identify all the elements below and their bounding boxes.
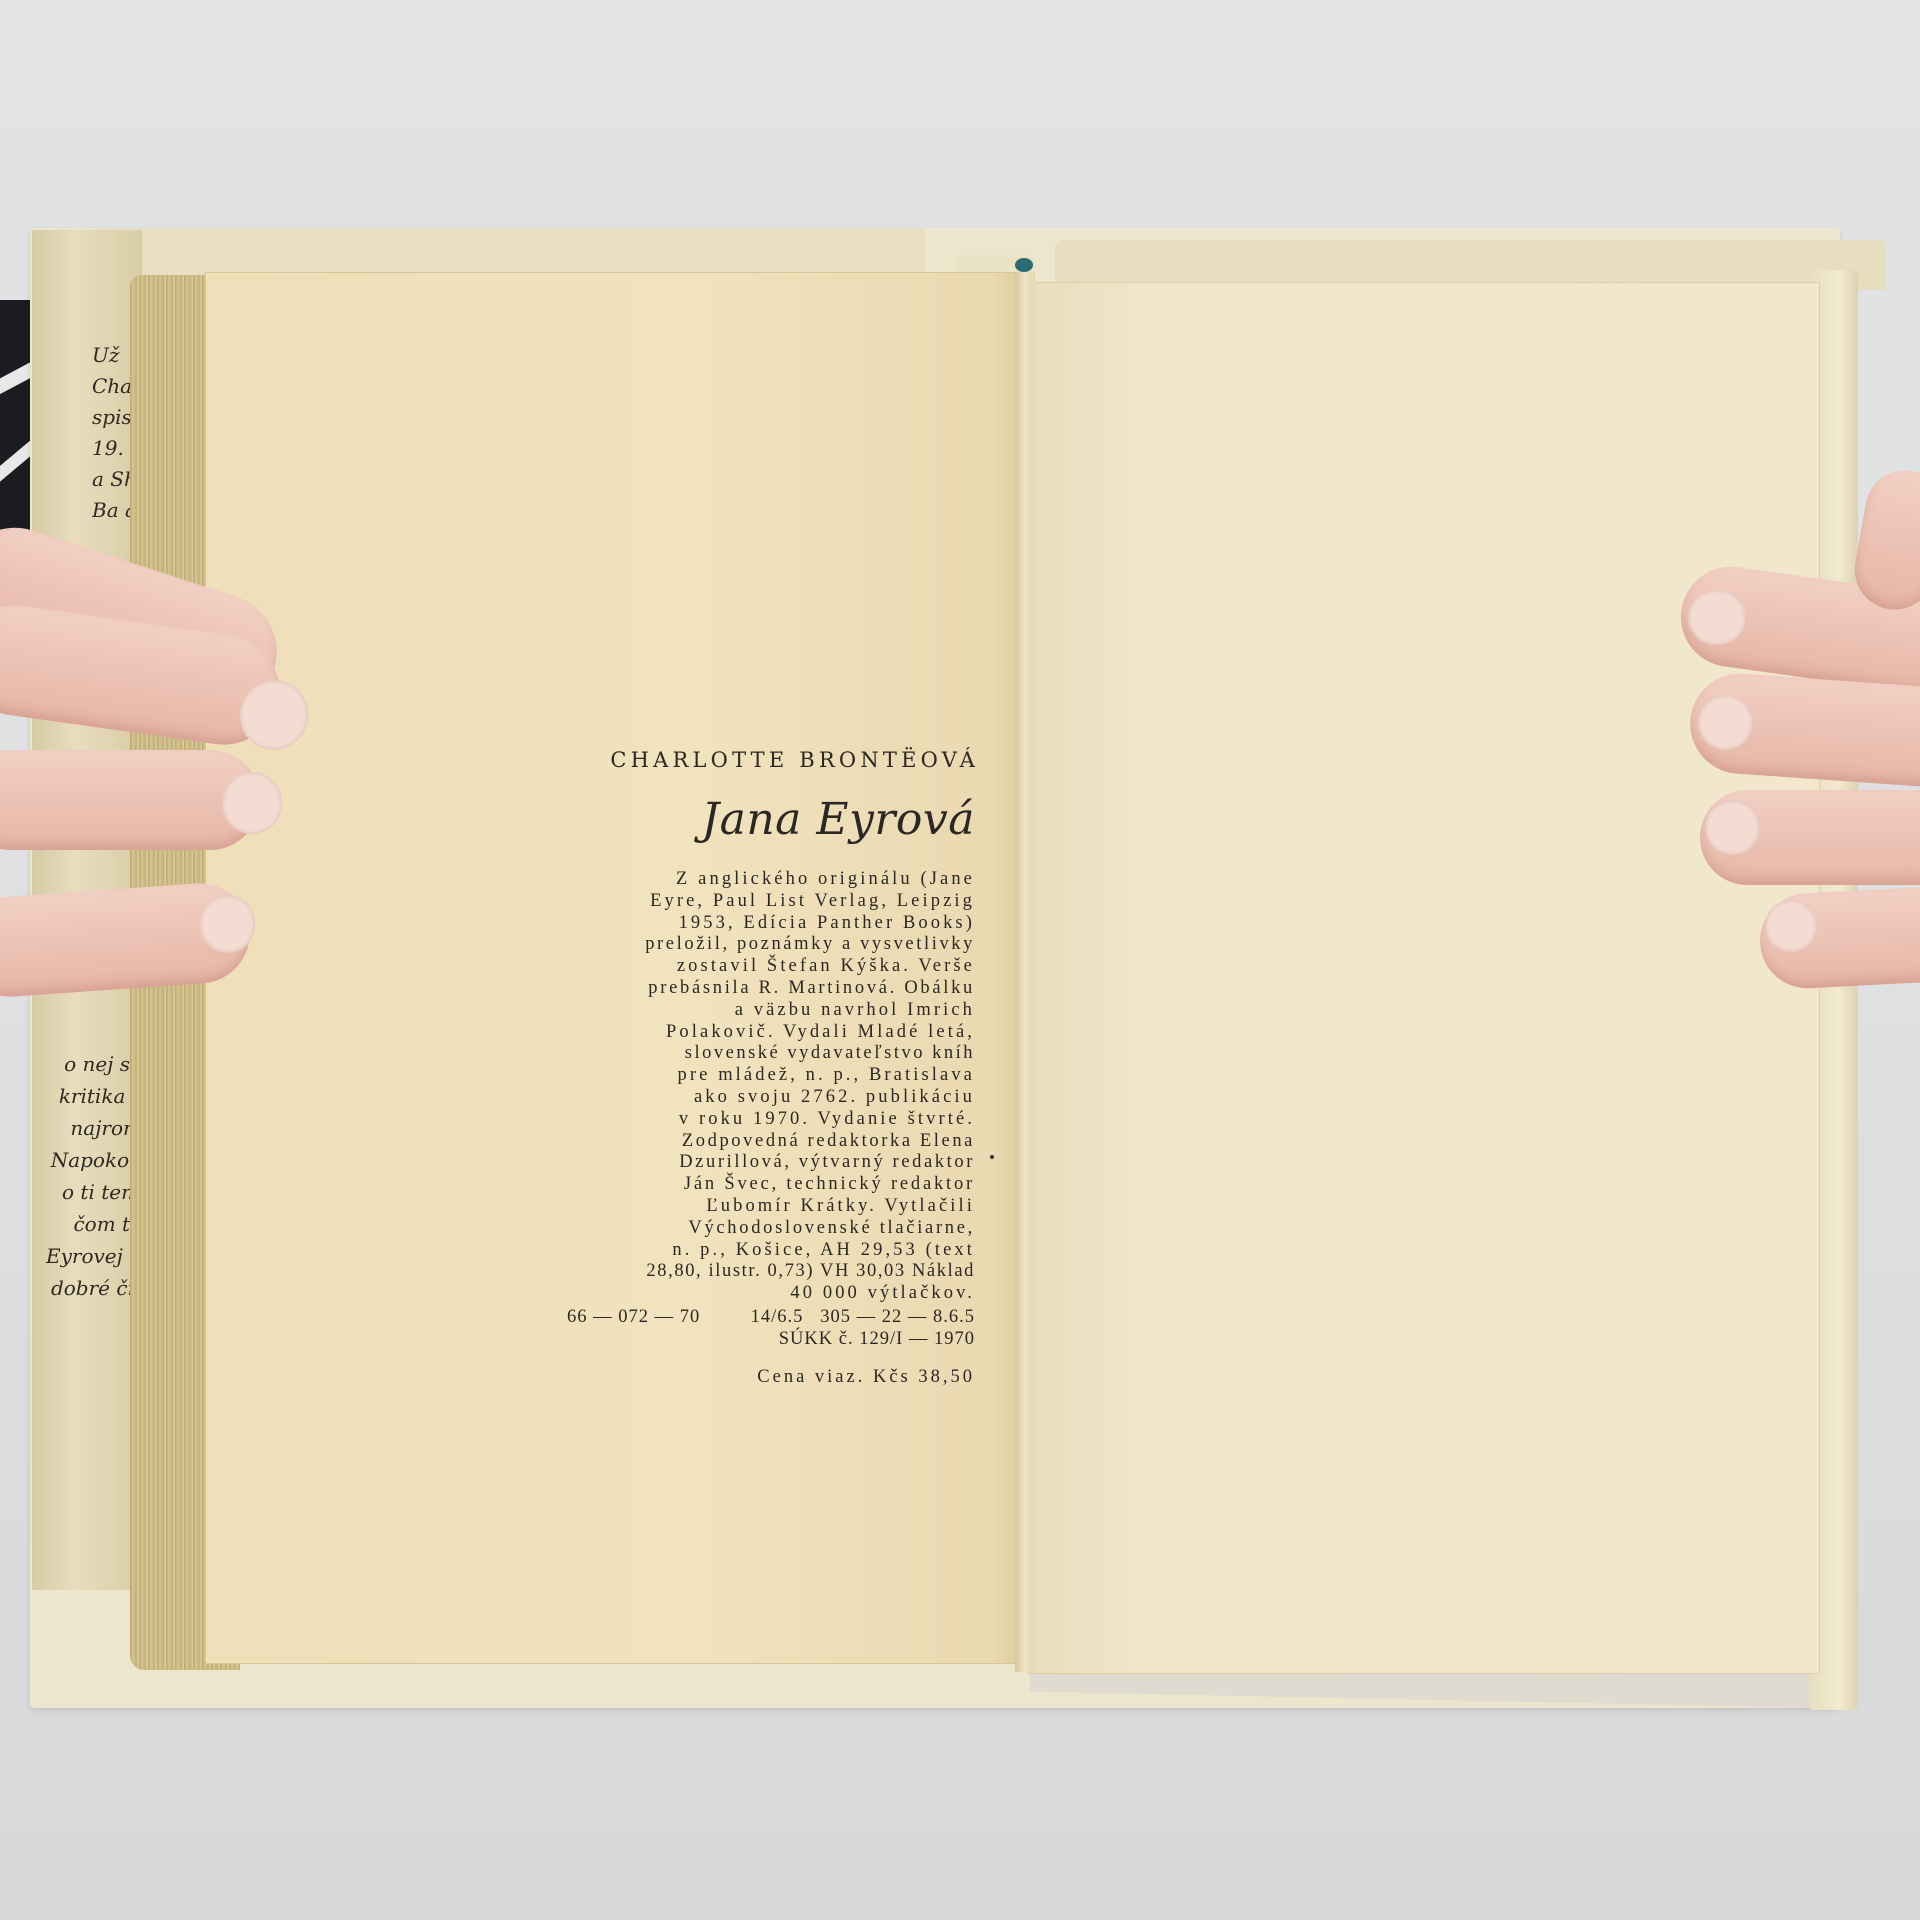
code-left: 66 — 072 — 70: [567, 1307, 700, 1329]
imprint-line: n. p., Košice, AH 29,53 (text: [540, 1240, 975, 1262]
right-hand: [1660, 470, 1920, 1110]
imprint-line: slovenské vydavateľstvo kníh: [540, 1043, 975, 1065]
code-right-line: SÚKK č. 129/I — 1970: [751, 1329, 975, 1351]
code-right-line: 14/6.5 305 — 22 — 8.6.5: [751, 1307, 975, 1329]
flap-line: čom ta: [40, 1208, 142, 1240]
book-gutter: [1015, 272, 1035, 1672]
imprint-block: Z anglického originálu (Jane Eyre, Paul …: [540, 869, 975, 1305]
price: Cena viaz. Kčs 38,50: [540, 1367, 975, 1388]
teal-spot: [1015, 258, 1033, 272]
imprint-line: 1953, Edícia Panther Books): [540, 913, 975, 935]
imprint-line: Eyre, Paul List Verlag, Leipzig: [540, 891, 975, 913]
flap-line: najrom: [40, 1112, 142, 1144]
code-right: 14/6.5 305 — 22 — 8.6.5 SÚKK č. 129/I — …: [751, 1307, 975, 1351]
left-hand: [0, 510, 300, 1050]
imprint-line: 28,80, ilustr. 0,73) VH 30,03 Náklad: [540, 1261, 975, 1283]
ink-dot: [990, 1155, 994, 1159]
imprint-line: Východoslovenské tlačiarne,: [540, 1218, 975, 1240]
imprint-line: Dzurillová, výtvarný redaktor: [540, 1152, 975, 1174]
flap-text-bottom: o nej sa kritika s najrom Napokon o ti t…: [40, 1048, 142, 1304]
flap-line: o ti tent: [40, 1176, 142, 1208]
flap-line: kritika s: [40, 1080, 142, 1112]
catalog-codes: 66 — 072 — 70 14/6.5 305 — 22 — 8.6.5 SÚ…: [540, 1307, 975, 1351]
imprint-line: 40 000 výtlačkov.: [540, 1283, 975, 1305]
book-title: Jana Eyrová: [540, 794, 975, 845]
flap-line: o nej sa: [40, 1048, 142, 1080]
imprint-line: preložil, poznámky a vysvetlivky: [540, 934, 975, 956]
imprint-line: prebásnila R. Martinová. Obálku: [540, 978, 975, 1000]
imprint-line: Z anglického originálu (Jane: [540, 869, 975, 891]
imprint-line: a väzbu navrhol Imrich: [540, 1000, 975, 1022]
author-name: CHARLOTTE BRONTËOVÁ: [540, 748, 979, 772]
imprint-line: zostavil Štefan Kýška. Verše: [540, 956, 975, 978]
flap-line: dobré čít: [40, 1272, 142, 1304]
imprint-line: ako svoju 2762. publikáciu: [540, 1087, 975, 1109]
flap-line: Napokon: [40, 1144, 142, 1176]
colophon: CHARLOTTE BRONTËOVÁ Jana Eyrová Z anglic…: [540, 748, 975, 1388]
imprint-line: Polakovič. Vydali Mladé letá,: [540, 1022, 975, 1044]
imprint-line: Ján Švec, technický redaktor: [540, 1174, 975, 1196]
imprint-line: pre mládež, n. p., Bratislava: [540, 1065, 975, 1087]
imprint-line: Ľubomír Krátky. Vytlačili: [540, 1196, 975, 1218]
imprint-line: v roku 1970. Vydanie štvrté.: [540, 1109, 975, 1131]
flap-line: Eyrovej p: [40, 1240, 142, 1272]
imprint-line: Zodpovedná redaktorka Elena: [540, 1131, 975, 1153]
